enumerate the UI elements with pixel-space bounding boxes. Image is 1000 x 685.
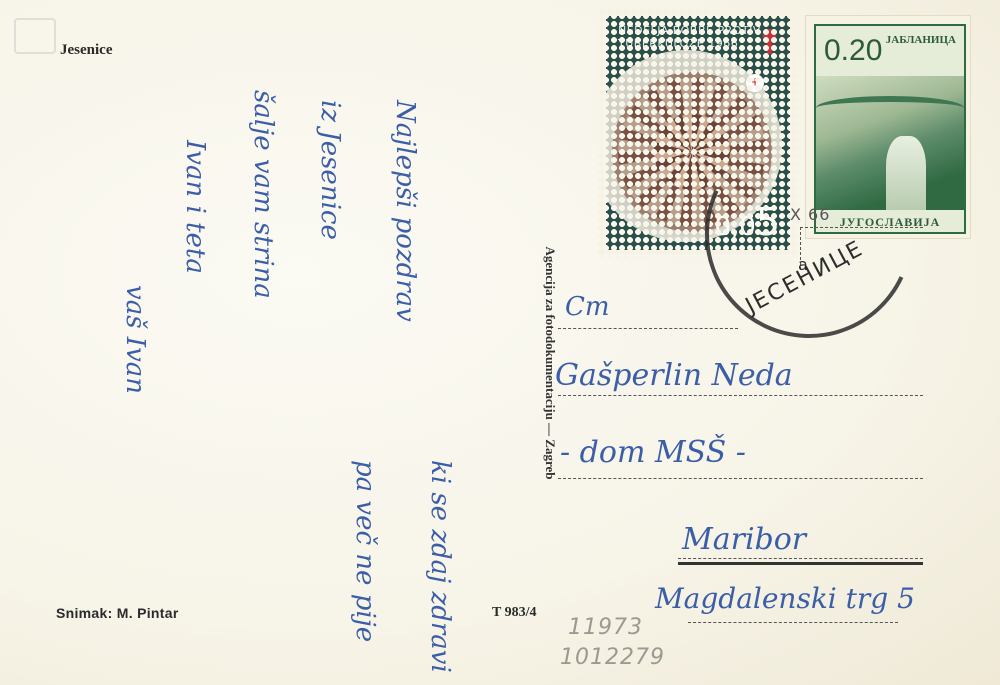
address-line2: - dom MSŠ - [560, 435, 746, 470]
watermark-logo [14, 18, 56, 54]
message-line: ki se zdaj zdravi [425, 460, 455, 673]
red-cross-icon: + [746, 74, 764, 92]
message-line: šalje vam strina [248, 90, 278, 299]
address-salutation: Cm [565, 292, 610, 322]
address-line-rule [558, 328, 738, 329]
postmark-date: X 66 [790, 205, 830, 224]
address-line-rule [688, 622, 898, 623]
catalog-number: T 983/4 [492, 605, 536, 621]
message-line: Najlepši pozdrav [390, 100, 420, 322]
address-city: Maribor [682, 522, 806, 557]
stamp-value: 0.20 [824, 34, 882, 68]
pencil-note: 1012279 [560, 645, 665, 670]
address-line-rule [678, 558, 923, 559]
lorraine-cross-icon: ‡ [762, 24, 777, 59]
message-line: iz Jesenice [315, 100, 345, 240]
stamp-title: NEDELJA BORBE PROTIV TUBERKULOZE 1966 [618, 24, 761, 50]
place-title: Jesenice [60, 42, 112, 59]
address-line-rule [558, 395, 923, 396]
postcard-back: Jesenice Najlepši pozdrav iz Jesenice ša… [0, 0, 1000, 685]
stamp-place: ЈАБЛАНИЦА [886, 34, 956, 46]
address-line-rule [558, 478, 923, 479]
message-signature: vaš Ivan [120, 285, 150, 394]
address-city-underline [678, 562, 923, 565]
message-line: pa več ne pije [350, 460, 380, 642]
address-recipient: Gašperlin Neda [555, 358, 793, 393]
address-street: Magdalenski trg 5 [655, 582, 915, 615]
pencil-note: 11973 [568, 615, 643, 640]
message-line: Ivan i teta [180, 140, 210, 274]
photo-credit: Snimak: M. Pintar [56, 605, 179, 621]
